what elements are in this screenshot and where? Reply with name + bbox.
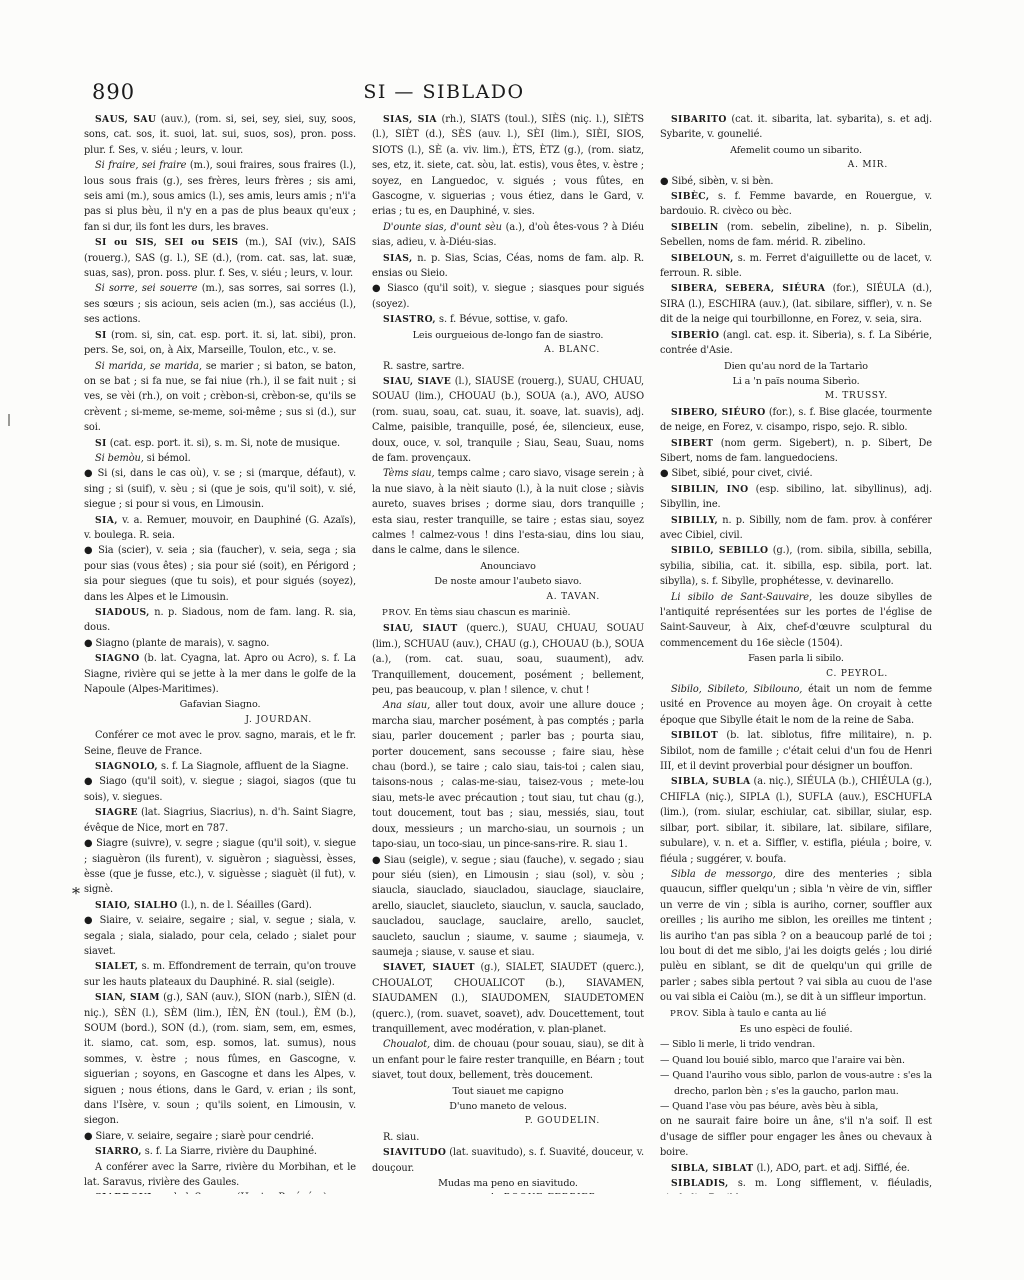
- paragraph-lead: SIBLA, SIBLAT: [671, 1163, 754, 1174]
- paragraph-lead: SIBELOUN,: [671, 253, 734, 264]
- dash-paragraph: — Quand lou bouié siblo, marco que l'ara…: [660, 1053, 932, 1068]
- dash-paragraph: — Quand l'ase vòu pas béure, avès bèu à …: [660, 1099, 932, 1114]
- dash-paragraph: — Siblo li merle, li trido vendran.: [660, 1037, 932, 1052]
- entry-paragraph: SI (cat. esp. port. it. si), s. m. Si, n…: [84, 436, 356, 451]
- entry-paragraph: SIAU, SIAUT (querc.), SUAU, CHUAU, SOUAU…: [372, 621, 644, 698]
- paragraph-lead: SIARRO,: [95, 1146, 142, 1157]
- paragraph-lead: SIALET,: [95, 961, 138, 972]
- paragraph-lead: SIBILOT: [671, 730, 718, 741]
- entry-paragraph: SIBÈC, s. f. Femme bavarde, en Rouergue,…: [660, 189, 932, 220]
- entry-paragraph: SAUS, SAU (auv.), (rom. si, sei, sey, si…: [84, 112, 356, 158]
- paragraph-lead: Si fraire, sei fraire: [95, 160, 186, 171]
- verse-paragraph: Gafavian Siagno.: [84, 697, 356, 712]
- entry-paragraph: SIASTRO, s. f. Bévue, sottise, v. gafo.: [372, 312, 644, 327]
- paragraph-lead: SIBERO, SIÉURO: [671, 407, 766, 418]
- bullet-paragraph: ● Siagre (suivre), v. segre ; siague (qu…: [84, 836, 356, 898]
- paragraph-lead: SIBILLY,: [671, 515, 718, 526]
- entry-paragraph: SIBERA, SEBERA, SIÉURA (for.), SIÉULA (d…: [660, 281, 932, 327]
- bullet-paragraph: ● Siago (qu'il soit), v. siegue ; siagoi…: [84, 774, 356, 805]
- bullet-paragraph: ● Siagno (plante de marais), v. sagno.: [84, 636, 356, 651]
- scan-artifact-mark: [8, 414, 10, 426]
- sub-paragraph: Si marida, se marida, se marier ; si bat…: [84, 359, 356, 436]
- prov-paragraph: PROV. En tèms siau chascun es mariniè.: [372, 605, 644, 621]
- margin-asterisk-mark: *: [72, 884, 80, 903]
- paragraph-lead: Li sibilo de Sant-Sauvaire,: [671, 592, 812, 603]
- paragraph-lead: SIBLA, SUBLA: [671, 776, 751, 787]
- paragraph-lead: Si marida, se marida,: [95, 361, 202, 372]
- paragraph-lead: SIAN, SIAM: [95, 992, 160, 1003]
- paragraph-lead: SIBLADIS,: [671, 1178, 729, 1189]
- paragraph-lead: SIAGRE: [95, 807, 138, 818]
- author-paragraph: C. PEYROL.: [660, 667, 932, 682]
- author-paragraph: M. TRUSSY.: [660, 389, 932, 404]
- paragraph-lead: SI ou SIS, SEI ou SEIS: [95, 237, 238, 248]
- dictionary-column: SIBARITO (cat. it. sibarita, lat. sybari…: [660, 112, 932, 1194]
- author-paragraph: A. BLANC.: [372, 343, 644, 358]
- verse-paragraph: Es uno espèci de foulié.: [660, 1022, 932, 1037]
- bullet-paragraph: ● Sibet, sibié, pour civet, civié.: [660, 466, 932, 481]
- paragraph-lead: SIBILO, SEBILLO: [671, 545, 768, 556]
- entry-paragraph: SIAGNOLO, s. f. La Siagnole, affluent de…: [84, 759, 356, 774]
- dictionary-column: SAUS, SAU (auv.), (rom. si, sei, sey, si…: [84, 112, 356, 1194]
- author-paragraph: A. TAVAN.: [372, 590, 644, 605]
- entry-paragraph: SIBILLY, n. p. Sibilly, nom de fam. prov…: [660, 513, 932, 544]
- paragraph-lead: SIAU, SIAVE: [383, 376, 451, 387]
- bullet-paragraph: ● Siasco (qu'il soit), v. siegue ; siasq…: [372, 281, 644, 312]
- entry-paragraph: SIBERÌO (angl. cat. esp. it. Siberia), s…: [660, 328, 932, 359]
- sub-paragraph: Si sorre, sei souerre (m.), sas sorres, …: [84, 281, 356, 327]
- entry-paragraph: SIBARITO (cat. it. sibarita, lat. sybari…: [660, 112, 932, 143]
- author-paragraph: A. MIR.: [660, 158, 932, 173]
- sub-paragraph: R. siau.: [372, 1130, 644, 1145]
- sub-paragraph: Conférer ce mot avec le prov. sagno, mar…: [84, 728, 356, 759]
- verse-paragraph: Dien qu'au nord de la Tartarìo: [660, 359, 932, 374]
- bullet-paragraph: ● Siare, v. seiaire, segaire ; siarè pou…: [84, 1129, 356, 1144]
- sub-paragraph: Si fraire, sei fraire (m.), soui fraires…: [84, 158, 356, 235]
- bullet-paragraph: ● Si (si, dans le cas où), v. se ; si (m…: [84, 466, 356, 512]
- sub-paragraph: Sibilo, Sibileto, Sibilouno, était un no…: [660, 682, 932, 728]
- entry-paragraph: SIBILIN, INO (esp. sibilino, lat. sibyll…: [660, 482, 932, 513]
- verse-paragraph: Tout siauet me capigno: [372, 1084, 644, 1099]
- sub-paragraph: Li sibilo de Sant-Sauvaire, les douze si…: [660, 590, 932, 652]
- paragraph-lead: Sibilo, Sibileto, Sibilouno,: [671, 684, 802, 695]
- paragraph-lead: SIBERT: [671, 438, 713, 449]
- bullet-paragraph: ● Sia (scier), v. seia ; sia (faucher), …: [84, 543, 356, 605]
- paragraph-lead: SIBERA, SEBERA, SIÉURA: [671, 283, 825, 294]
- paragraph-lead: SIADOUS,: [95, 607, 150, 618]
- paragraph-lead: SIAVITUDO: [383, 1147, 446, 1158]
- entry-paragraph: SIAGRE (lat. Siagrius, Siacrius), n. d'h…: [84, 805, 356, 836]
- paragraph-lead: SIAS, SIA: [383, 114, 437, 125]
- sub-paragraph: Tèms siau, temps calme ; caro siavo, vis…: [372, 466, 644, 558]
- entry-paragraph: SIAU, SIAVE (l.), SIAUSE (rouerg.), SUAU…: [372, 374, 644, 466]
- paragraph-lead: SIAU, SIAUT: [383, 623, 458, 634]
- verse-paragraph: Anounciavo: [372, 559, 644, 574]
- author-paragraph: A. ROQUE-FERRIER.: [372, 1191, 644, 1194]
- paragraph-lead: Si sorre, sei souerre: [95, 283, 197, 294]
- sub-paragraph: A conférer avec la Sarre, rivière du Mor…: [84, 1160, 356, 1191]
- paragraph-lead: Ana siau,: [383, 700, 430, 711]
- entry-paragraph: SIADOUS, n. p. Siadous, nom de fam. lang…: [84, 605, 356, 636]
- entry-paragraph: SIARRO, s. f. La Siarre, rivière du Daup…: [84, 1144, 356, 1159]
- paragraph-lead: Choualot,: [383, 1039, 430, 1050]
- paragraph-lead: SIAGNO: [95, 653, 140, 664]
- entry-paragraph: SIBERO, SIÉURO (for.), s. f. Bise glacée…: [660, 405, 932, 436]
- entry-paragraph: SIAN, SIAM (g.), SAN (auv.), SION (narb.…: [84, 990, 356, 1129]
- page-title: SI — SIBLADO: [84, 81, 804, 103]
- paragraph-lead: PROV.: [670, 1009, 700, 1019]
- dictionary-page-scan: { "page": { "number": "890", "header_tit…: [0, 0, 1024, 1280]
- paragraph-lead: SIAS,: [383, 253, 413, 264]
- dash-paragraph: — Quand l'auriho vous siblo, parlon de v…: [660, 1068, 932, 1099]
- dictionary-column: SIAS, SIA (rh.), SIATS (toul.), SIÈS (ni…: [372, 112, 644, 1194]
- paragraph-lead: SI: [95, 438, 107, 449]
- sub-paragraph: Sibla de messorgo, dire des menteries ; …: [660, 867, 932, 1006]
- entry-paragraph: SIARROUI, n. de l. Sarrouy (Hautes-Pyrén…: [84, 1190, 356, 1194]
- paragraph-lead: SIASTRO,: [383, 314, 436, 325]
- paragraph-lead: D'ounte sias, d'ount sèu: [383, 222, 502, 233]
- bullet-paragraph: ● Siaire, v. seiaire, segaire ; sial, v.…: [84, 913, 356, 959]
- verse-paragraph: Leis ourgueious de-longo fan de siastro.: [372, 328, 644, 343]
- paragraph-lead: SIBERÌO: [671, 330, 719, 341]
- entry-paragraph: SIBELIN (rom. sebelin, zibeline), n. p. …: [660, 220, 932, 251]
- sub-paragraph: R. sastre, sartre.: [372, 359, 644, 374]
- paragraph-lead: Si bemòu,: [95, 453, 144, 464]
- entry-paragraph: SIBELOUN, s. m. Ferret d'aiguillette ou …: [660, 251, 932, 282]
- verse-paragraph: De noste amour l'aubeto siavo.: [372, 574, 644, 589]
- paragraph-lead: SIBÈC,: [671, 191, 709, 202]
- entry-paragraph: SIAS, n. p. Sias, Scias, Céas, noms de f…: [372, 251, 644, 282]
- entry-paragraph: SI ou SIS, SEI ou SEIS (m.), SAI (viv.),…: [84, 235, 356, 281]
- entry-paragraph: SIBLA, SUBLA (a. niç.), SIÉULA (b.), CHI…: [660, 774, 932, 866]
- paragraph-lead: Sibla de messorgo,: [671, 869, 776, 880]
- verse-paragraph: Mudas ma peno en siavitudo.: [372, 1176, 644, 1191]
- paragraph-lead: SIAVET, SIAUET: [383, 962, 475, 973]
- verse-paragraph: Afemelit coumo un sibarito.: [660, 143, 932, 158]
- entry-paragraph: SIAS, SIA (rh.), SIATS (toul.), SIÈS (ni…: [372, 112, 644, 220]
- sub-paragraph: Ana siau, aller tout doux, avoir une all…: [372, 698, 644, 852]
- paragraph-lead: Tèms siau,: [383, 468, 435, 479]
- bullet-paragraph: ● Siau (seigle), v. segue ; siau (fauche…: [372, 853, 644, 961]
- entry-paragraph: SIAVET, SIAUET (g.), SIALET, SIAUDET (qu…: [372, 960, 644, 1037]
- paragraph-lead: SAUS, SAU: [95, 114, 156, 125]
- paragraph-lead: PROV.: [382, 608, 412, 618]
- paragraph-lead: SIBILIN, INO: [671, 484, 749, 495]
- paragraph-lead: SIAGNOLO,: [95, 761, 158, 772]
- paragraph-lead: SIBARITO: [671, 114, 727, 125]
- entry-paragraph: SIBLA, SIBLAT (l.), ADO, part. et adj. S…: [660, 1161, 932, 1176]
- entry-paragraph: SIBILOT (b. lat. siblotus, fifre militai…: [660, 728, 932, 774]
- paragraph-lead: SI: [95, 330, 107, 341]
- entry-paragraph: SIA, v. a. Remuer, mouvoir, en Dauphiné …: [84, 513, 356, 544]
- sub-paragraph: Si bemòu, si bémol.: [84, 451, 356, 466]
- text-columns: SAUS, SAU (auv.), (rom. si, sei, sey, si…: [84, 112, 932, 1194]
- verse-paragraph: D'uno maneto de velous.: [372, 1099, 644, 1114]
- entry-paragraph: SI (rom. si, sin, cat. esp. port. it. si…: [84, 328, 356, 359]
- verse-paragraph: Li a 'n païs nouma Siberìo.: [660, 374, 932, 389]
- author-paragraph: J. JOURDAN.: [84, 713, 356, 728]
- paragraph-lead: SIARROUI,: [95, 1192, 155, 1194]
- sub-paragraph: D'ounte sias, d'ount sèu (a.), d'où êtes…: [372, 220, 644, 251]
- paragraph-lead: SIBELIN: [671, 222, 719, 233]
- page-header: 890 SI — SIBLADO: [0, 80, 1024, 110]
- sub-paragraph: Choualot, dim. de chouau (pour souau, si…: [372, 1037, 644, 1083]
- bullet-paragraph: ● Sibé, sibèn, v. si bèn.: [660, 174, 932, 189]
- entry-paragraph: SIBLADIS, s. m. Long sifflement, v. fiéu…: [660, 1176, 932, 1194]
- entry-paragraph: SIAIO, SIALHO (l.), n. de l. Séailles (G…: [84, 898, 356, 913]
- entry-paragraph: SIBERT (nom germ. Sigebert), n. p. Siber…: [660, 436, 932, 467]
- verse-paragraph: Fasen parla li sibilo.: [660, 651, 932, 666]
- prov-paragraph: PROV. Sibla à taulo e canta au lié: [660, 1006, 932, 1022]
- entry-paragraph: SIBILO, SEBILLO (g.), (rom. sibila, sibi…: [660, 543, 932, 589]
- paragraph-lead: SIAIO, SIALHO: [95, 900, 178, 911]
- paragraph-lead: SIA,: [95, 515, 118, 526]
- entry-paragraph: SIALET, s. m. Effondrement de terrain, q…: [84, 959, 356, 990]
- entry-paragraph: SIAGNO (b. lat. Cyagna, lat. Apro ou Acr…: [84, 651, 356, 697]
- entry-paragraph: SIAVITUDO (lat. suavitudo), s. f. Suavit…: [372, 1145, 644, 1176]
- plain0-paragraph: on ne saurait faire boire un âne, s'il n…: [660, 1114, 932, 1160]
- author-paragraph: P. GOUDELIN.: [372, 1114, 644, 1129]
